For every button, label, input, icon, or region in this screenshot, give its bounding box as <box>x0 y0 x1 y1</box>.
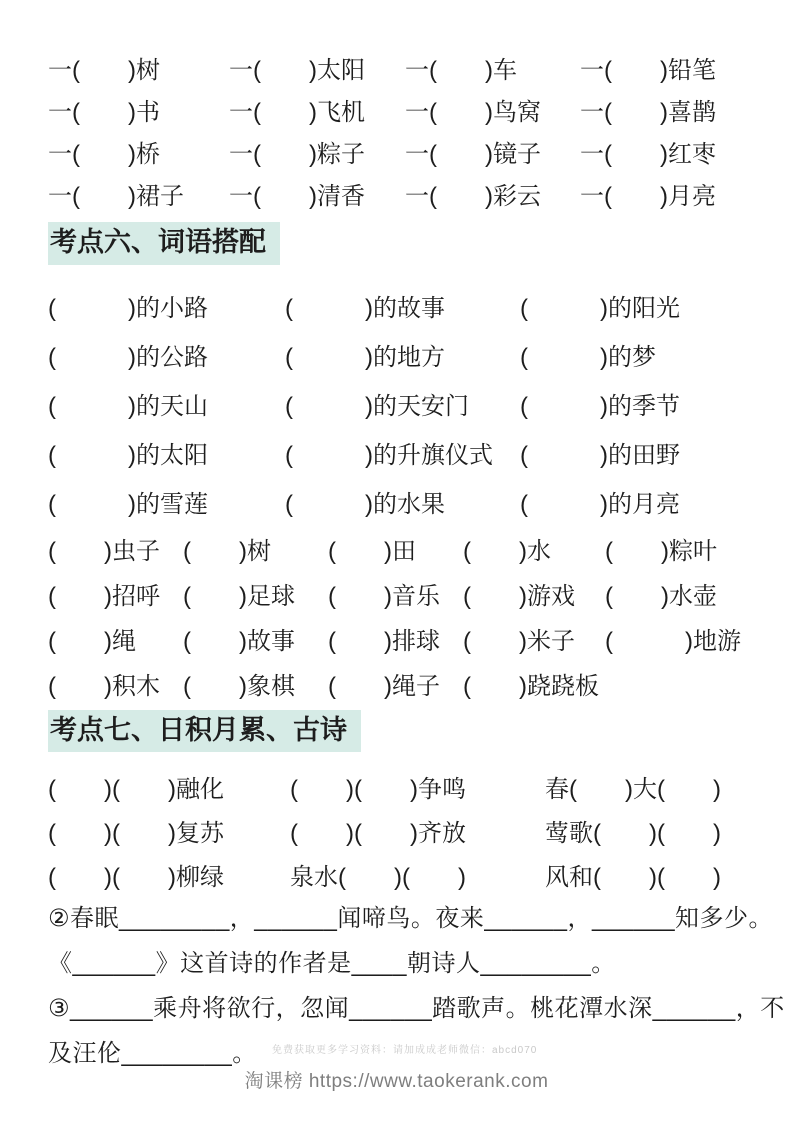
idiom-cell: ( )( )争鸣 <box>290 764 545 808</box>
phrase-cell: ( )的田野 <box>520 428 753 477</box>
phrase-cell: ( )的雪莲 <box>48 477 285 526</box>
idiom-cell: 泉水( )( ) <box>290 852 545 896</box>
phrase-cell: ( )的太阳 <box>48 428 285 477</box>
phrase-cell: ( )水 <box>463 526 605 571</box>
phrase-cell: ( )的地方 <box>285 330 520 379</box>
section-seven-heading: 考点七、日积月累、古诗 <box>48 710 361 753</box>
idiom-cell: 春( )大( ) <box>545 764 753 808</box>
phrase-cell: ( )的梦 <box>520 330 753 379</box>
phrase-cell: ( )故事 <box>183 616 328 661</box>
phrase-cell: ( )粽叶 <box>605 526 753 571</box>
poem-line-author: 《______》这首诗的作者是____朝诗人________。 <box>48 941 753 986</box>
phrase-cell: ( )的升旗仪式 <box>285 428 520 477</box>
phrase-cell: ( )排球 <box>328 616 463 661</box>
phrase-cell: ( )音乐 <box>328 571 463 616</box>
poem-line-libai-1: ③______乘舟将欲行，忽闻______踏歌声。桃花潭水深______，不 <box>48 986 753 1031</box>
quantifier-cell: 一( )清香 <box>229 172 405 214</box>
watermark-text: 免费获取更多学习资料：请加成成老师微信：abcd070 <box>272 1041 537 1056</box>
phrase-cell: ( )树 <box>183 526 328 571</box>
quantifier-cell: 一( )车 <box>405 46 580 88</box>
phrase-de-grid: ( )的小路 ( )的故事 ( )的阳光 ( )的公路 ( )的地方 ( )的梦… <box>48 281 753 526</box>
quantifier-cell: 一( )树 <box>48 46 229 88</box>
idiom-cell: 莺歌( )( ) <box>545 808 753 852</box>
phrase-cell: ( )的天安门 <box>285 379 520 428</box>
phrase-cell: ( )绳子 <box>328 661 463 706</box>
idiom-grid: ( )( )融化 ( )( )争鸣 春( )大( ) ( )( )复苏 ( )(… <box>48 764 753 896</box>
quantifier-cell: 一( )月亮 <box>580 172 753 214</box>
phrase-cell: ( )的小路 <box>48 281 285 330</box>
quantifier-cell: 一( )红枣 <box>580 130 753 172</box>
phrase-cell: ( )的公路 <box>48 330 285 379</box>
idiom-cell: ( )( )齐放 <box>290 808 545 852</box>
phrase-cell: ( )积木 <box>48 661 183 706</box>
phrase-cell: ( )游戏 <box>463 571 605 616</box>
quantifier-cell: 一( )太阳 <box>229 46 405 88</box>
quantifier-cell: 一( )喜鹊 <box>580 88 753 130</box>
phrase-cell: ( )绳 <box>48 616 183 661</box>
section-six-heading: 考点六、词语搭配 <box>48 222 280 265</box>
quantifier-cell: 一( )铅笔 <box>580 46 753 88</box>
idiom-cell: ( )( )融化 <box>48 764 290 808</box>
phrase-cell: ( )的季节 <box>520 379 753 428</box>
quantifier-cell: 一( )鸟窝 <box>405 88 580 130</box>
phrase-cell: ( )虫子 <box>48 526 183 571</box>
quantifier-cell: 一( )粽子 <box>229 130 405 172</box>
phrase-cell: ( )招呼 <box>48 571 183 616</box>
quantifier-cell: 一( )镜子 <box>405 130 580 172</box>
footer-site-link: 淘课榜 https://www.taokerank.com <box>0 1066 793 1093</box>
quantifier-grid: 一( )树 一( )太阳 一( )车 一( )铅笔 一( )书 一( )飞机 一… <box>48 46 753 214</box>
phrase-cell: ( )的天山 <box>48 379 285 428</box>
idiom-cell: ( )( )柳绿 <box>48 852 290 896</box>
phrase-cell: ( )的月亮 <box>520 477 753 526</box>
quantifier-cell: 一( )桥 <box>48 130 229 172</box>
phrase-cell: ( )水壶 <box>605 571 753 616</box>
phrase-cell: ( )的水果 <box>285 477 520 526</box>
quantifier-cell: 一( )飞机 <box>229 88 405 130</box>
phrase-cell: ( )的故事 <box>285 281 520 330</box>
idiom-cell: 风和( )( ) <box>545 852 753 896</box>
phrase-wide-grid: ( )虫子 ( )树 ( )田 ( )水 ( )粽叶 ( )招呼 ( )足球 (… <box>48 526 753 706</box>
phrase-cell: ( )象棋 <box>183 661 328 706</box>
phrase-cell: ( )田 <box>328 526 463 571</box>
phrase-cell: ( )跷跷板 <box>463 661 605 706</box>
section-seven-heading-row: 考点七、日积月累、古诗 <box>48 710 753 753</box>
quantifier-cell: 一( )书 <box>48 88 229 130</box>
quantifier-cell: 一( )彩云 <box>405 172 580 214</box>
idiom-cell: ( )( )复苏 <box>48 808 290 852</box>
phrase-cell: ( )地游 <box>605 616 753 661</box>
phrase-cell: ( )米子 <box>463 616 605 661</box>
phrase-cell: ( )的阳光 <box>520 281 753 330</box>
section-six-heading-row: 考点六、词语搭配 <box>48 222 753 265</box>
worksheet-page: 一( )树 一( )太阳 一( )车 一( )铅笔 一( )书 一( )飞机 一… <box>0 0 793 1122</box>
quantifier-cell: 一( )裙子 <box>48 172 229 214</box>
phrase-cell: ( )足球 <box>183 571 328 616</box>
poem-line-chunmian: ②春眠________，______闻啼鸟。夜来______，______知多少… <box>48 896 753 941</box>
